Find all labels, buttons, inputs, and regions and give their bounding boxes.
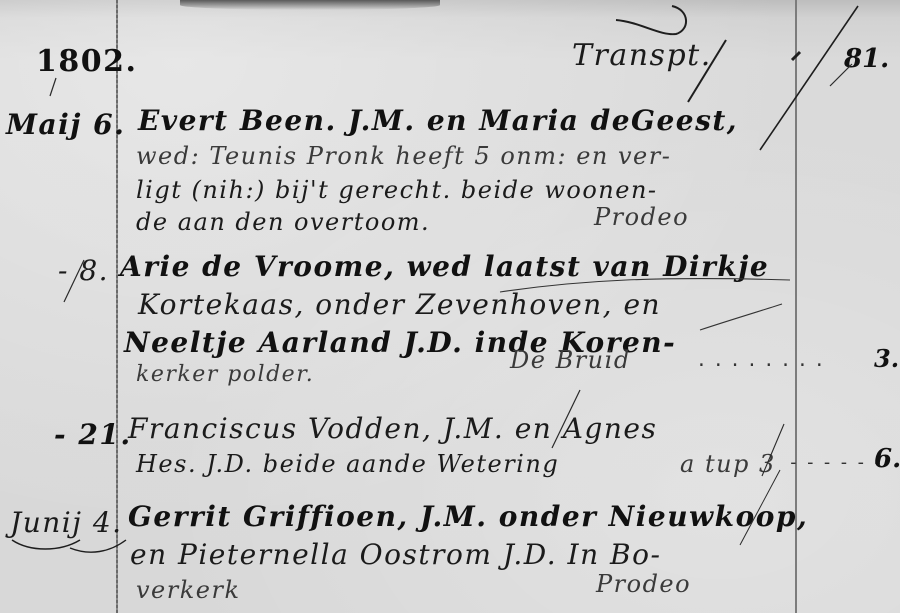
entry-amount: 6. — [874, 444, 900, 474]
register-page: 1802. Transpt. 81. Maij 6. Evert Been. J… — [0, 0, 900, 613]
entry-line: Arie de Vroome, wed laatst van Dirkje — [120, 250, 769, 283]
entry-date: Maij 6. — [6, 108, 125, 141]
entry-date: - 21. — [54, 418, 132, 451]
entry-line: Gerrit Griffioen, J.M. onder Nieuwkoop, — [128, 500, 808, 533]
transport-label: Transpt. — [572, 38, 712, 73]
page-edge-shadow — [180, 0, 440, 10]
entry-line: wed: Teunis Pronk heeft 5 onm: en ver- — [136, 142, 671, 170]
entry-line: Franciscus Vodden, J.M. en Agnes — [128, 412, 657, 445]
year-label: 1802. — [36, 44, 137, 79]
entry-date: - 8. — [58, 254, 109, 287]
entry-line: Kortekaas, onder Zevenhoven, en — [138, 288, 661, 321]
entry-line: kerker polder. — [136, 362, 314, 387]
entry-line: Hes. J.D. beide aande Wetering — [136, 450, 559, 478]
leader-dots: ........ — [696, 350, 831, 371]
entry-note: Prodeo — [596, 570, 691, 598]
entry-line: Evert Been. J.M. en Maria deGeest, — [138, 104, 738, 137]
entry-date: Junij 4. — [10, 506, 123, 539]
entry-note: De Bruid — [510, 346, 631, 374]
entry-amount: 3. — [874, 344, 899, 373]
entry-line: de aan den overtoom. — [136, 208, 430, 236]
entry-line: en Pieternella Oostrom J.D. In Bo- — [130, 538, 661, 571]
transport-amount: 81. — [844, 44, 889, 74]
entry-note: Prodeo — [594, 203, 689, 231]
entry-note: a tup 3 — [680, 450, 776, 478]
entry-line: ligt (nih:) bij't gerecht. beide woonen- — [136, 176, 658, 204]
entry-line: verkerk — [136, 576, 241, 604]
